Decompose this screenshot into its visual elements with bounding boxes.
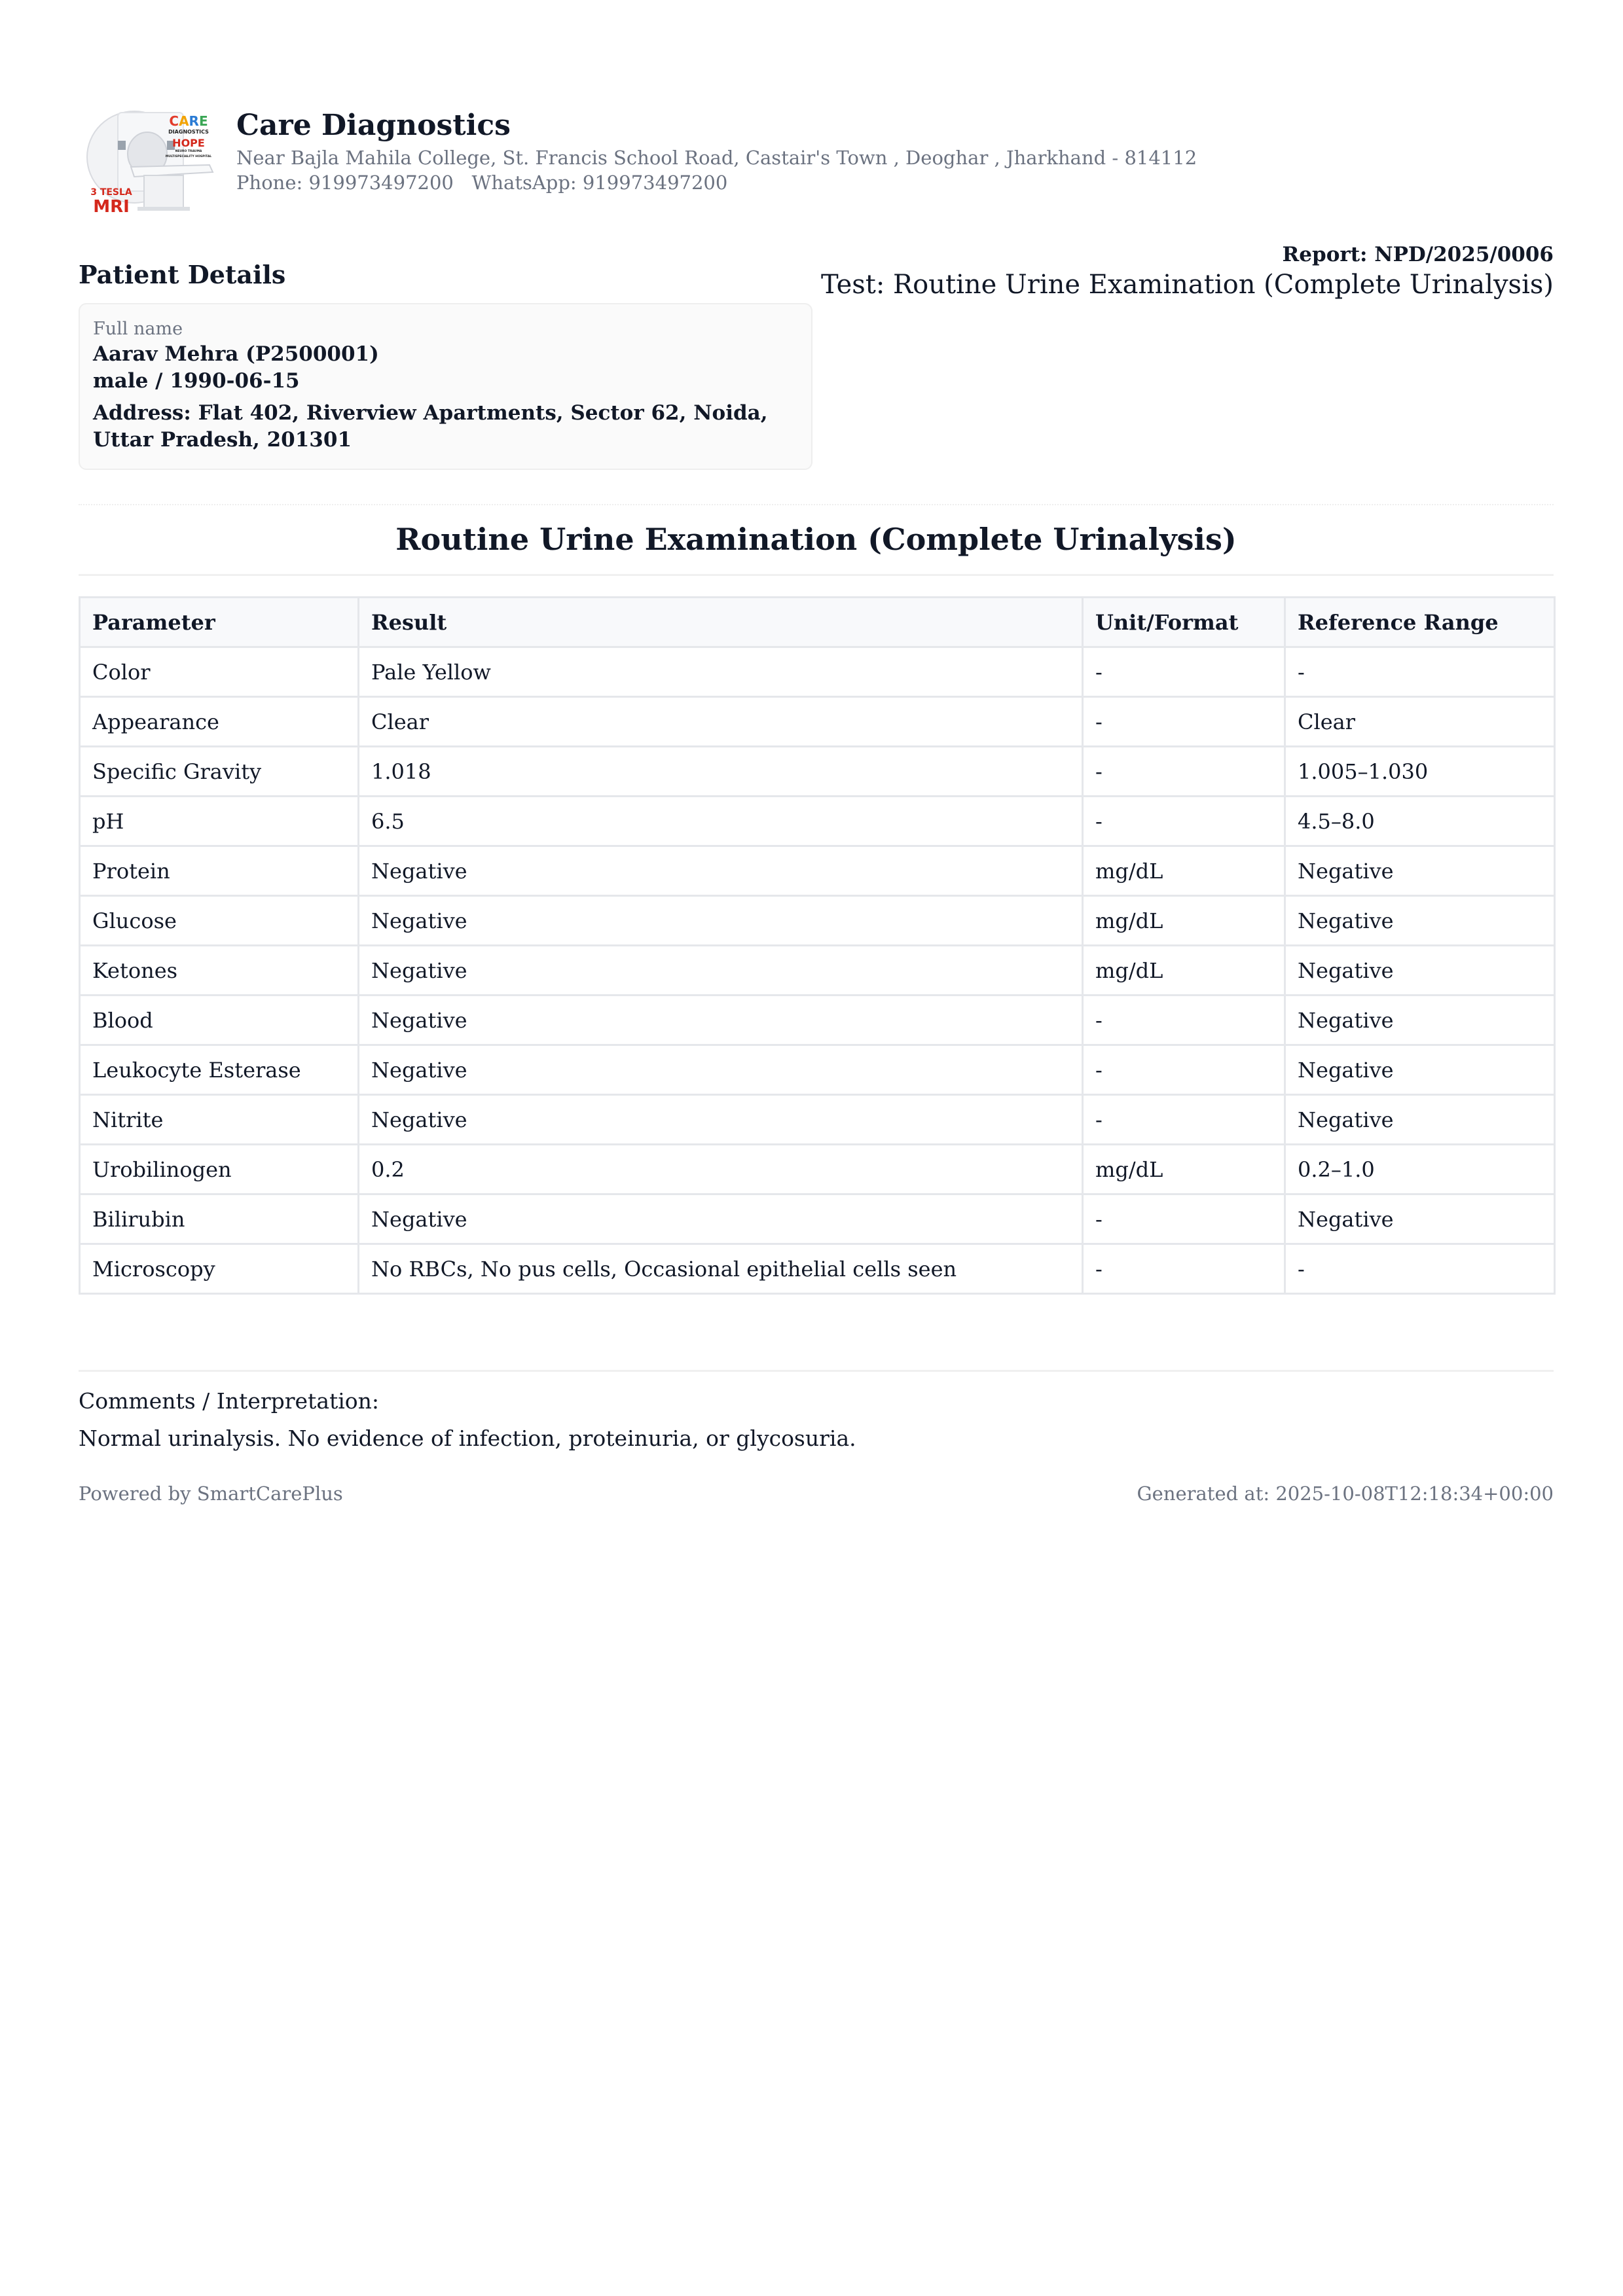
results-table: Parameter Result Unit/Format Reference R… (79, 596, 1556, 1295)
cell-result: Negative (359, 1045, 1083, 1095)
cell-result: Negative (359, 1194, 1083, 1244)
cell-parameter: Color (80, 647, 359, 697)
cell-parameter: Protein (80, 846, 359, 896)
cell-parameter: Specific Gravity (80, 747, 359, 797)
cell-parameter: Blood (80, 996, 359, 1045)
table-row: Urobilinogen0.2mg/dL0.2–1.0 (80, 1145, 1555, 1194)
cell-parameter: Urobilinogen (80, 1145, 359, 1194)
cell-unit: - (1083, 1244, 1285, 1294)
lab-address: Near Bajla Mahila College, St. Francis S… (236, 145, 1197, 170)
header-reference-range: Reference Range (1285, 598, 1555, 647)
table-row: ProteinNegativemg/dLNegative (80, 846, 1555, 896)
patient-details-card: Full name Aarav Mehra (P2500001) male / … (79, 303, 812, 470)
header-result: Result (359, 598, 1083, 647)
cell-parameter: Nitrite (80, 1095, 359, 1145)
cell-parameter: Appearance (80, 697, 359, 747)
cell-reference-range: Negative (1285, 1095, 1555, 1145)
header-unit: Unit/Format (1083, 598, 1285, 647)
svg-text:MRI: MRI (93, 197, 130, 217)
svg-text:DIAGNOSTICS: DIAGNOSTICS (168, 129, 209, 135)
section-divider (79, 574, 1554, 576)
cell-reference-range: - (1285, 647, 1555, 697)
cell-reference-range: Negative (1285, 896, 1555, 946)
table-row: Specific Gravity1.018-1.005–1.030 (80, 747, 1555, 797)
lab-header: CARE DIAGNOSTICS HOPE NEURO TRAUMA MULTI… (79, 98, 1554, 223)
svg-text:NEURO TRAUMA: NEURO TRAUMA (175, 149, 202, 153)
generated-at: Generated at: 2025-10-08T12:18:34+00:00 (1137, 1480, 1554, 1507)
table-row: MicroscopyNo RBCs, No pus cells, Occasio… (80, 1244, 1555, 1294)
cell-unit: - (1083, 1045, 1285, 1095)
cell-reference-range: Negative (1285, 1194, 1555, 1244)
cell-result: 6.5 (359, 797, 1083, 846)
cell-result: Negative (359, 846, 1083, 896)
cell-result: 1.018 (359, 747, 1083, 797)
cell-result: Pale Yellow (359, 647, 1083, 697)
cell-unit: - (1083, 797, 1285, 846)
cell-unit: mg/dL (1083, 896, 1285, 946)
table-row: ColorPale Yellow-- (80, 647, 1555, 697)
cell-reference-range: 4.5–8.0 (1285, 797, 1555, 846)
table-row: GlucoseNegativemg/dLNegative (80, 896, 1555, 946)
cell-reference-range: Negative (1285, 1045, 1555, 1095)
comments-divider (79, 1370, 1554, 1372)
table-row: KetonesNegativemg/dLNegative (80, 946, 1555, 996)
lab-name: Care Diagnostics (236, 106, 1197, 145)
cell-reference-range: Negative (1285, 846, 1555, 896)
cell-result: 0.2 (359, 1145, 1083, 1194)
cell-result: Negative (359, 996, 1083, 1045)
lab-info: Care Diagnostics Near Bajla Mahila Colle… (236, 106, 1197, 195)
table-header-row: Parameter Result Unit/Format Reference R… (80, 598, 1555, 647)
cell-parameter: pH (80, 797, 359, 846)
cell-reference-range: Negative (1285, 996, 1555, 1045)
patient-gender-dob: male / 1990-06-15 (93, 368, 798, 395)
cell-unit: mg/dL (1083, 946, 1285, 996)
results-body: ColorPale Yellow--AppearanceClear-ClearS… (80, 647, 1555, 1294)
lab-contact: Phone: 919973497200 WhatsApp: 9199734972… (236, 170, 1197, 195)
cell-unit: - (1083, 647, 1285, 697)
table-row: BilirubinNegative-Negative (80, 1194, 1555, 1244)
svg-text:3 TESLA: 3 TESLA (90, 187, 132, 198)
svg-text:CARE: CARE (169, 113, 208, 129)
report-meta: Report: NPD/2025/0006 Test: Routine Urin… (821, 241, 1554, 301)
cell-parameter: Microscopy (80, 1244, 359, 1294)
table-row: Leukocyte EsteraseNegative-Negative (80, 1045, 1555, 1095)
cell-reference-range: 1.005–1.030 (1285, 747, 1555, 797)
cell-unit: - (1083, 1194, 1285, 1244)
svg-text:MULTISPECIALITY HOSPITAL: MULTISPECIALITY HOSPITAL (166, 154, 212, 158)
cell-reference-range: Negative (1285, 946, 1555, 996)
cell-reference-range: 0.2–1.0 (1285, 1145, 1555, 1194)
report-number: Report: NPD/2025/0006 (821, 241, 1554, 268)
cell-unit: - (1083, 996, 1285, 1045)
cell-unit: - (1083, 747, 1285, 797)
cell-parameter: Ketones (80, 946, 359, 996)
table-row: NitriteNegative-Negative (80, 1095, 1555, 1145)
table-row: pH6.5-4.5–8.0 (80, 797, 1555, 846)
dotted-divider (79, 504, 1554, 505)
cell-result: Clear (359, 697, 1083, 747)
full-name-label: Full name (93, 317, 798, 341)
cell-reference-range: - (1285, 1244, 1555, 1294)
cell-unit: - (1083, 1095, 1285, 1145)
cell-parameter: Glucose (80, 896, 359, 946)
cell-result: No RBCs, No pus cells, Occasional epithe… (359, 1244, 1083, 1294)
cell-unit: mg/dL (1083, 1145, 1285, 1194)
report-test-name: Test: Routine Urine Examination (Complet… (821, 268, 1554, 301)
cell-result: Negative (359, 946, 1083, 996)
cell-unit: - (1083, 697, 1285, 747)
comments-label: Comments / Interpretation: (79, 1386, 379, 1416)
cell-reference-range: Clear (1285, 697, 1555, 747)
table-row: BloodNegative-Negative (80, 996, 1555, 1045)
cell-result: Negative (359, 1095, 1083, 1145)
cell-unit: mg/dL (1083, 846, 1285, 896)
cell-parameter: Leukocyte Esterase (80, 1045, 359, 1095)
svg-text:HOPE: HOPE (172, 137, 205, 149)
test-section-title: Routine Urine Examination (Complete Urin… (79, 517, 1554, 562)
patient-address: Address: Flat 402, Riverview Apartments,… (93, 400, 798, 454)
cell-result: Negative (359, 896, 1083, 946)
cell-parameter: Bilirubin (80, 1194, 359, 1244)
patient-details-heading: Patient Details (79, 257, 285, 293)
powered-by: Powered by SmartCarePlus (79, 1480, 343, 1507)
header-parameter: Parameter (80, 598, 359, 647)
mri-scanner-logo-icon: CARE DIAGNOSTICS HOPE NEURO TRAUMA MULTI… (79, 105, 223, 219)
table-row: AppearanceClear-Clear (80, 697, 1555, 747)
patient-name-id: Aarav Mehra (P2500001) (93, 341, 798, 368)
comments-text: Normal urinalysis. No evidence of infect… (79, 1424, 856, 1454)
